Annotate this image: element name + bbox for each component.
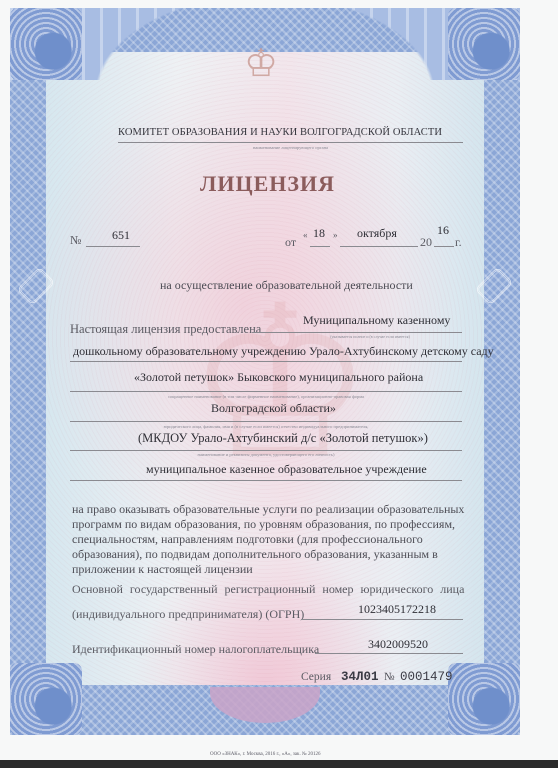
year-line [434, 246, 454, 247]
day-line [310, 246, 330, 247]
corner-ornament-top-left [10, 8, 82, 80]
licensee-line-4 [70, 450, 462, 451]
month-line [340, 246, 418, 247]
date-open-quote: « [303, 230, 308, 240]
rights-text-line: образования), по подвидам дополнительног… [72, 547, 472, 562]
date-year: 16 [437, 223, 449, 238]
inn-line [315, 653, 463, 654]
licensee-line-3 [70, 421, 462, 422]
licensee-line-text-2: «Золотой петушок» Быковского муниципальн… [134, 370, 423, 385]
licensee-line-text-4: (МКДОУ Урало-Ахтубинский д/с «Золотой пе… [138, 431, 428, 446]
corner-ornament-bottom-right [448, 663, 520, 735]
document-title: ЛИЦЕНЗИЯ [200, 171, 335, 197]
series-label: Серия [301, 671, 331, 683]
granted-label: Настоящая лицензия предоставлена [70, 322, 261, 337]
series-value: 34Л01 [341, 670, 379, 684]
inn-value: 3402009520 [368, 637, 428, 652]
serial-number-label: № [384, 671, 395, 683]
number-label: № [70, 233, 81, 248]
licensee-line-0 [252, 332, 462, 333]
license-purpose: на осуществление образовательной деятель… [160, 278, 413, 293]
scan-edge [0, 760, 558, 768]
caption-3: наименование и реквизиты документа, удос… [70, 452, 462, 457]
caption-2: юридического лица, фамилия, имя и (в слу… [70, 424, 462, 429]
serial-number: 0001479 [400, 670, 453, 684]
ogrn-label-line-1: Основной государственный регистрационный… [72, 582, 464, 597]
licensee-line-1 [70, 361, 462, 362]
ogrn-line [301, 619, 463, 620]
caption-1: сокращенное наименование (в том числе фи… [70, 394, 462, 399]
date-day: 18 [313, 226, 325, 241]
caption-0: (указывается полное и (в случае если име… [300, 334, 440, 339]
inn-label: Идентификационный номер налогоплательщик… [72, 642, 319, 657]
rights-text-line: на право оказывать образовательные услуг… [72, 502, 472, 517]
licensee-line-text-3: Волгоградской области» [211, 401, 336, 416]
number-line [86, 246, 140, 247]
year-label: г. [455, 235, 462, 250]
license-number: 651 [112, 228, 130, 243]
rights-text-line: программ по видам образования, по уровня… [72, 517, 472, 532]
licensee-line-5 [70, 480, 462, 481]
licensee-line-text-1: дошкольному образовательному учреждению … [73, 344, 494, 359]
date-from-label: от [285, 235, 296, 250]
ogrn-label-line-2: (индивидуального предпринимателя) (ОГРН) [72, 607, 304, 622]
rights-text-line: приложении к настоящей лицензии [72, 562, 472, 577]
licensee-line-text-0: Муниципальному казенному [303, 313, 450, 328]
date-month: октября [357, 226, 397, 241]
issuer-caption: наименование лицензирующего органа [118, 145, 463, 150]
printer-note: ООО «ЗНАК», г. Москва, 2016 г., «А», зак… [210, 752, 320, 757]
corner-ornament-bottom-left [10, 663, 82, 735]
issuer-line [118, 142, 463, 143]
emblem-icon: ♔ [244, 42, 276, 86]
licensee-line-2 [70, 391, 462, 392]
issuer-name: КОМИТЕТ ОБРАЗОВАНИЯ И НАУКИ ВОЛГОГРАДСКО… [118, 127, 442, 138]
rights-text: на право оказывать образовательные услуг… [72, 502, 472, 577]
date-close-quote: » [333, 230, 338, 240]
licensee-line-text-5: муниципальное казенное образовательное у… [146, 462, 427, 477]
year-prefix: 20 [420, 235, 432, 250]
rights-text-line: специальностям, направлениям подготовки … [72, 532, 472, 547]
corner-ornament-top-right [448, 8, 520, 80]
bottom-hologram-tab [210, 687, 320, 723]
ogrn-value: 1023405172218 [358, 602, 436, 617]
